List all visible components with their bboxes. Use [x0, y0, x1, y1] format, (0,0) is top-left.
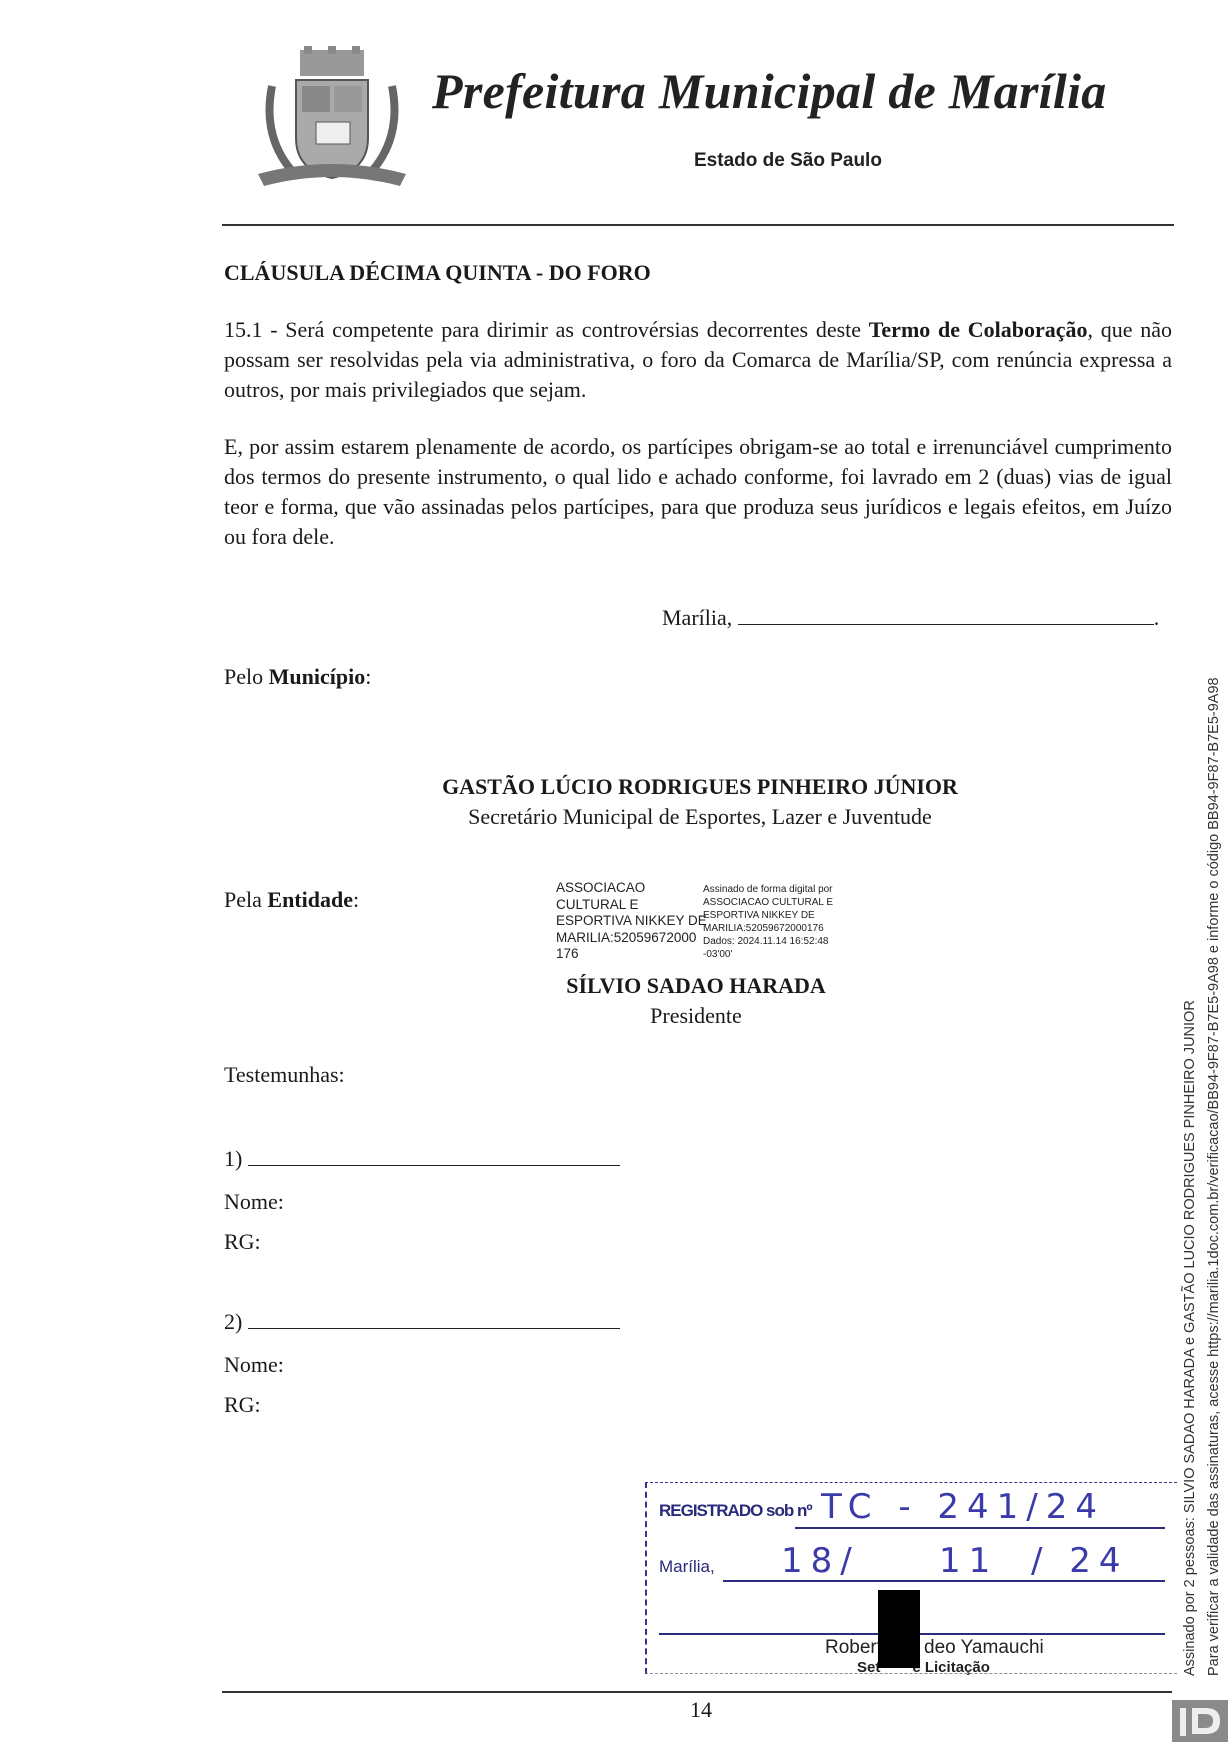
side-verification-note[interactable]: Para verificar a validade das assinatura…: [1206, 677, 1222, 1676]
sig-line: MARILIA:52059672000: [556, 930, 707, 947]
label-text: Pelo: [224, 664, 269, 689]
witnesses-label: Testemunhas:: [224, 1062, 345, 1088]
label-text: :: [365, 664, 371, 689]
place-date-end: .: [1154, 605, 1160, 630]
sig-line: ASSOCIACAO: [556, 880, 707, 897]
header-divider: [222, 224, 1174, 226]
stamp-date-year: / 24: [1031, 1541, 1129, 1581]
witness-1-name-label: Nome:: [224, 1189, 284, 1215]
witness-2-rg-label: RG:: [224, 1392, 261, 1418]
sig-detail: MARILIA:52059672000176: [703, 922, 833, 935]
page-title: Prefeitura Municipal de Marília: [432, 62, 1107, 120]
clause-paragraph-1: 15.1 - Será competente para dirimir as c…: [224, 315, 1172, 405]
sig-line: ESPORTIVA NIKKEY DE: [556, 913, 707, 930]
stamp-date-month: 11: [939, 1541, 998, 1581]
municipio-label: Pelo Município:: [224, 664, 371, 690]
sig-detail: ESPORTIVA NIKKEY DE: [703, 909, 833, 922]
stamp-registrado-label: REGISTRADO sob nº: [659, 1501, 812, 1520]
entidade-label: Pela Entidade:: [224, 887, 359, 913]
stamp-registrado-value: TC - 241/24: [821, 1487, 1105, 1527]
clause-text: 15.1 - Será competente para dirimir as c…: [224, 317, 869, 342]
sig-detail: Dados: 2024.11.14 16:52:48: [703, 935, 833, 948]
witness-1-rg-label: RG:: [224, 1229, 261, 1255]
sig-detail: Assinado de forma digital por: [703, 883, 833, 896]
stamp-date-day: 18/: [781, 1541, 860, 1581]
label-text: Pela: [224, 887, 267, 912]
redaction-block: [878, 1590, 920, 1668]
digital-signature-details: Assinado de forma digital por ASSOCIACAO…: [703, 883, 833, 961]
municipio-signer-role: Secretário Municipal de Esportes, Lazer …: [300, 804, 1100, 830]
municipio-signer-name: GASTÃO LÚCIO RODRIGUES PINHEIRO JÚNIOR: [300, 774, 1100, 800]
stamp-date-label: Marília,: [659, 1557, 715, 1576]
stamp-registrado-row: REGISTRADO sob nº TC - 241/24: [659, 1501, 1167, 1521]
1doc-logo-icon: [1172, 1700, 1228, 1742]
officer-name-end: deo Yamauchi: [924, 1637, 1044, 1658]
witness-2: 2): [224, 1309, 620, 1335]
label-bold: Entidade: [267, 887, 353, 912]
label-bold: Município: [269, 664, 366, 689]
place-date-label: Marília,: [662, 605, 732, 630]
entidade-signer-role: Presidente: [496, 1003, 896, 1029]
digital-signature-name: ASSOCIACAO CULTURAL E ESPORTIVA NIKKEY D…: [556, 880, 707, 963]
page-number: 14: [690, 1697, 712, 1723]
coat-of-arms-icon: [252, 46, 412, 196]
stamp-date-row: Marília, 18/ 11 / 24: [659, 1557, 1167, 1577]
witness-1-signature-field[interactable]: [248, 1147, 620, 1166]
witness-number: 2): [224, 1309, 242, 1334]
footer-divider: [222, 1691, 1172, 1693]
officer-name-start: Robert: [825, 1637, 882, 1658]
officer-dept-end: e Licitação: [912, 1659, 990, 1676]
clause-bold-term: Termo de Colaboração: [869, 317, 1088, 342]
witness-2-signature-field[interactable]: [248, 1310, 620, 1329]
witness-number: 1): [224, 1146, 242, 1171]
label-text: :: [353, 887, 359, 912]
stamp-line: [723, 1580, 1165, 1582]
side-signature-note: Assinado por 2 pessoas: SILVIO SADAO HAR…: [1182, 1000, 1198, 1676]
officer-dept-start: Set: [857, 1659, 880, 1676]
stamp-officer-name: Robertdeo Yamauchi: [825, 1637, 1167, 1659]
witness-1: 1): [224, 1146, 620, 1172]
sig-detail: -03'00': [703, 948, 833, 961]
clause-heading: CLÁUSULA DÉCIMA QUINTA - DO FORO: [224, 260, 651, 286]
sig-line: CULTURAL E: [556, 897, 707, 914]
witness-2-name-label: Nome:: [224, 1352, 284, 1378]
date-field[interactable]: [738, 606, 1154, 625]
stamp-line: [795, 1527, 1165, 1529]
sig-line: 176: [556, 946, 707, 963]
sig-detail: ASSOCIACAO CULTURAL E: [703, 896, 833, 909]
place-date: Marília, .: [662, 605, 1159, 631]
page-subtitle: Estado de São Paulo: [694, 150, 882, 172]
clause-paragraph-2: E, por assim estarem plenamente de acord…: [224, 432, 1172, 552]
entidade-signer-name: SÍLVIO SADAO HARADA: [496, 973, 896, 999]
